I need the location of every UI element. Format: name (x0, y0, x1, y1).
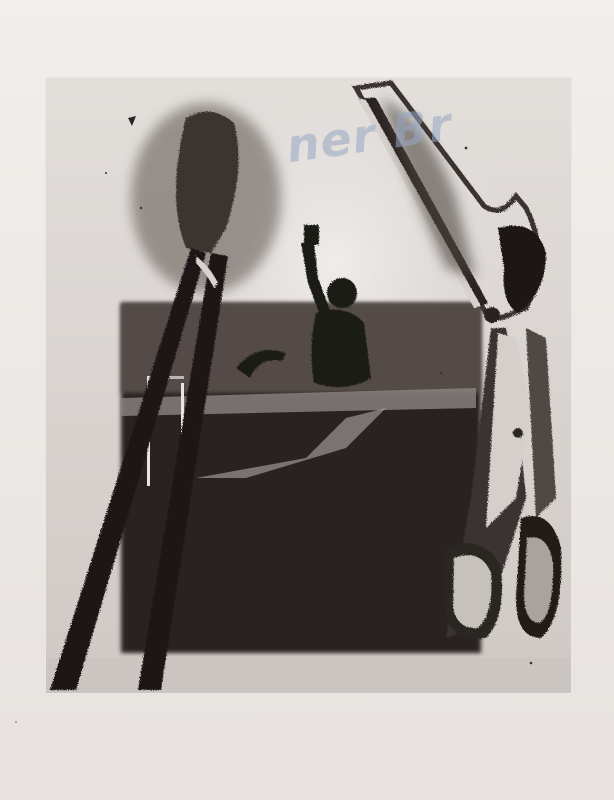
paper-sheet: ner Br (0, 0, 614, 800)
artwork-image (46, 78, 571, 693)
print-plate: ner Br (46, 78, 571, 693)
paper-speck (15, 721, 17, 723)
